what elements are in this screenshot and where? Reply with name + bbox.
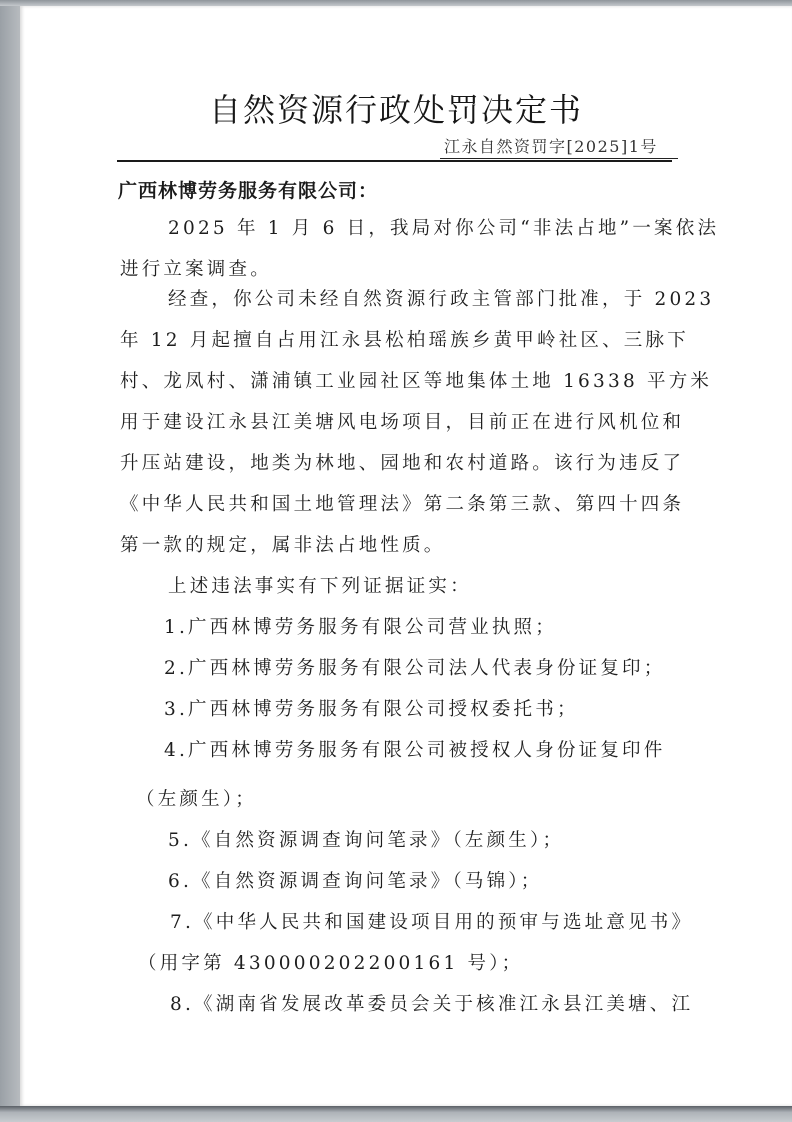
evidence-item: 8.《湖南省发展改革委员会关于核准江永县江美塘、江	[170, 990, 693, 1016]
evidence-item: 1.广西林博劳务服务有限公司营业执照；	[164, 613, 557, 639]
evidence-item: 6.《自然资源调查询问笔录》（马锦）；	[168, 867, 542, 893]
paragraph-line: 2025 年 1 月 6 日，我局对你公司“非法占地”一案依法	[168, 214, 719, 240]
document-number: 江永自然资罚字[2025]1号	[440, 134, 678, 159]
evidence-item: 5.《自然资源调查询问笔录》（左颜生）；	[168, 826, 564, 852]
scan-border-bottom	[0, 1106, 792, 1122]
evidence-intro: 上述违法事实有下列证据证实：	[168, 572, 472, 598]
evidence-item: 3.广西林博劳务服务有限公司授权委托书；	[164, 695, 579, 721]
evidence-item-continuation: （用字第 430000202200161 号）；	[138, 949, 523, 975]
evidence-item: 2.广西林博劳务服务有限公司法人代表身份证复印；	[164, 654, 665, 680]
paragraph-line: 经查，你公司未经自然资源行政主管部门批准，于 2023	[168, 285, 714, 311]
paragraph-line: 年 12 月起擅自占用江永县松柏瑶族乡黄甲岭社区、三脉下	[120, 326, 689, 352]
paragraph-line: 村、龙凤村、潇浦镇工业园社区等地集体土地 16338 平方米	[120, 367, 712, 393]
scan-border-left	[0, 0, 20, 1122]
paragraph-line: 第一款的规定，属非法占地性质。	[120, 531, 446, 557]
addressee: 广西林博劳务服务有限公司：	[118, 176, 378, 203]
evidence-item: 7.《中华人民共和国建设项目用的预审与选址意见书》	[170, 908, 693, 934]
evidence-item: 4.广西林博劳务服务有限公司被授权人身份证复印件	[164, 736, 665, 762]
paragraph-line: 升压站建设，地类为林地、园地和农村道路。该行为违反了	[120, 449, 684, 475]
evidence-item-continuation: （左颜生）；	[136, 785, 257, 811]
document-title: 自然资源行政处罚决定书	[0, 85, 792, 131]
paragraph-line: 《中华人民共和国土地管理法》第二条第三款、第四十四条	[120, 490, 684, 516]
header-divider	[117, 160, 672, 162]
paragraph-line: 用于建设江永县江美塘风电场项目，目前正在进行风机位和	[120, 408, 684, 434]
paragraph-line: 进行立案调查。	[120, 255, 272, 281]
